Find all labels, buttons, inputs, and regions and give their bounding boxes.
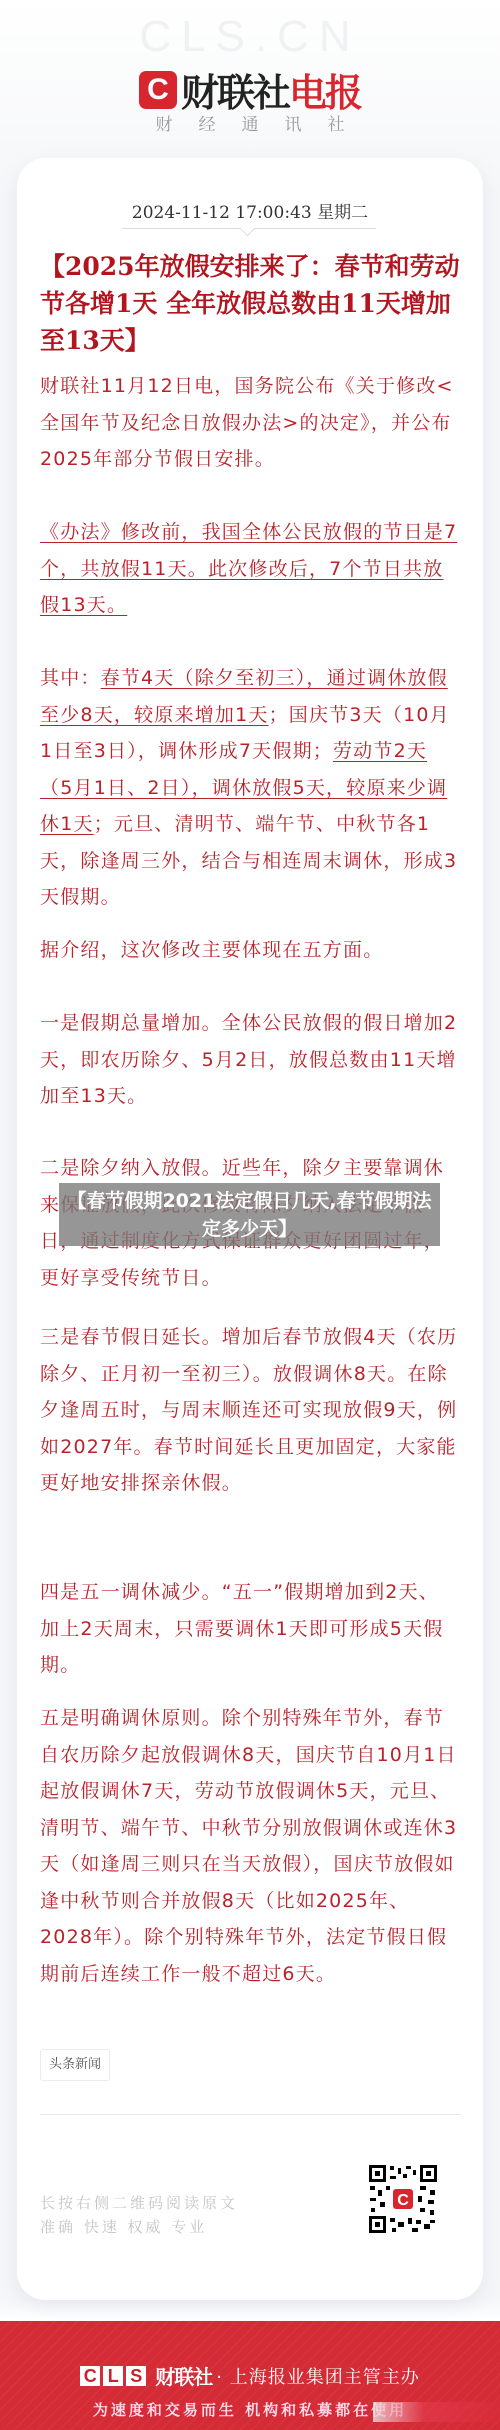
title-overlay: 【春节假期2021法定假日几天,春节假期法定多少天】 <box>59 1183 440 1246</box>
cls-letter-l: L <box>103 2366 123 2386</box>
paragraph-3: 其中：春节4天（除夕至初三），通过调休放假至少8天，较原来增加1天；国庆节3天（… <box>40 660 458 916</box>
brand-subtitle: 财经通讯社 <box>0 110 500 135</box>
card-divider <box>40 2114 460 2115</box>
footer-brand-name: 财联社 <box>155 2361 212 2390</box>
watermark-text: CLS.CN <box>0 12 500 62</box>
qr-hint-line1: 长按右侧二维码阅读原文 <box>40 2191 238 2215</box>
paragraph-5: 一是假期总量增加。全体公民放假的假日增加2天，即农历除夕、5月2日，放假总数由1… <box>40 1005 458 1115</box>
paragraph-9: 五是明确调休原则。除个别特殊年节外，春节自农历除夕起放假调休8天，国庆节自10月… <box>40 1700 458 1992</box>
timestamp: 2024-11-12 17:00:43 星期二 <box>0 198 500 223</box>
paragraph-8: 四是五一调休减少。“五一”假期增加到2天、加上2天周末，只需要调休1天即可形成5… <box>40 1574 458 1684</box>
headline: 【2025年放假安排来了：春节和劳动节各增1天 全年放假总数由11天增加至13天… <box>40 248 460 359</box>
footer-org: · 上海报业集团主管主办 <box>216 2363 419 2389</box>
svg-text:C: C <box>397 2192 409 2209</box>
qr-hint: 长按右侧二维码阅读原文 准确 快速 权威 专业 <box>40 2191 238 2239</box>
footer-brand-row: C L S 财联社 · 上海报业集团主管主办 <box>0 2361 500 2390</box>
cls-letter-s: S <box>126 2366 146 2386</box>
brand-suffix: 电报 <box>289 62 361 117</box>
paragraph-2: 《办法》修改前，我国全体公民放假的节日是7个，共放假11天。此次修改后，7个节日… <box>40 514 458 624</box>
paragraph-4: 据介绍，这次修改主要体现在五方面。 <box>40 932 458 969</box>
paragraph-7: 三是春节假日延长。增加后春节放假4天（农历除夕、正月初一至初三）。放假调休8天。… <box>40 1319 458 1502</box>
paragraph-1: 财联社11月12日电，国务院公布《关于修改<全国年节及纪念日放假办法>的决定》，… <box>40 368 458 478</box>
brand-name: 财联社 <box>181 62 289 117</box>
cls-letter-c: C <box>80 2366 100 2386</box>
tag-headline-news[interactable]: 头条新闻 <box>40 2049 110 2081</box>
qr-hint-line2: 准确 快速 权威 专业 <box>40 2215 238 2239</box>
logo-c-icon: C <box>139 71 177 109</box>
blurred-watermark <box>373 2402 500 2422</box>
brand-logo: C 财联社 电报 <box>0 62 500 117</box>
qr-code-icon[interactable]: C <box>368 2164 438 2234</box>
